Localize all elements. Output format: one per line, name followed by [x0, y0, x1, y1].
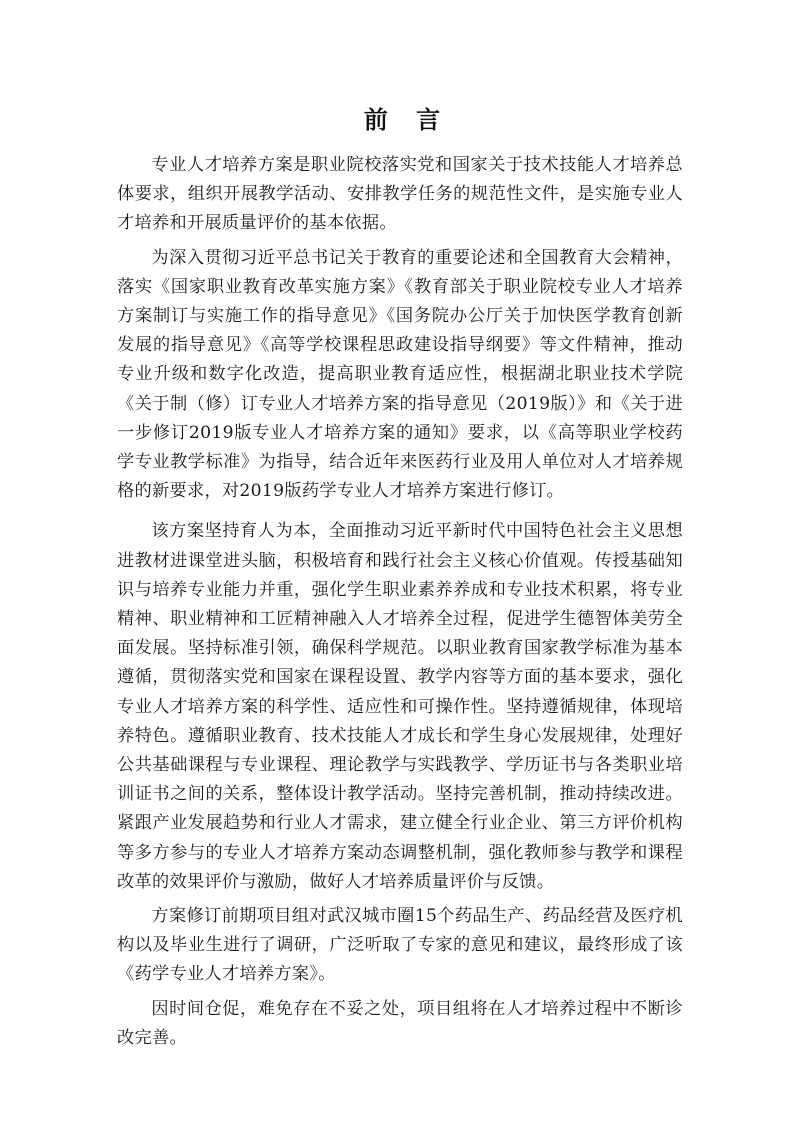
paragraph-closing: 因时间仓促，难免存在不妥之处，项目组将在人才培养过程中不断诊改完善。: [117, 995, 683, 1053]
paragraph-background: 为深入贯彻习近平总书记关于教育的重要论述和全国教育大会精神，落实《国家职业教育改…: [117, 244, 683, 507]
document-page: 前 言 专业人才培养方案是职业院校落实党和国家关于技术技能人才培养总体要求，组织…: [117, 103, 683, 1053]
paragraph-research: 方案修订前期项目组对武汉城市圈15个药品生产、药品经营及医疗机构以及毕业生进行了…: [117, 902, 683, 990]
page-title: 前 言: [117, 103, 683, 137]
paragraph-principles: 该方案坚持育人为本，全面推动习近平新时代中国特色社会主义思想进教材进课堂进头脑，…: [117, 517, 683, 897]
paragraph-intro: 专业人才培养方案是职业院校落实党和国家关于技术技能人才培养总体要求，组织开展教学…: [117, 151, 683, 239]
